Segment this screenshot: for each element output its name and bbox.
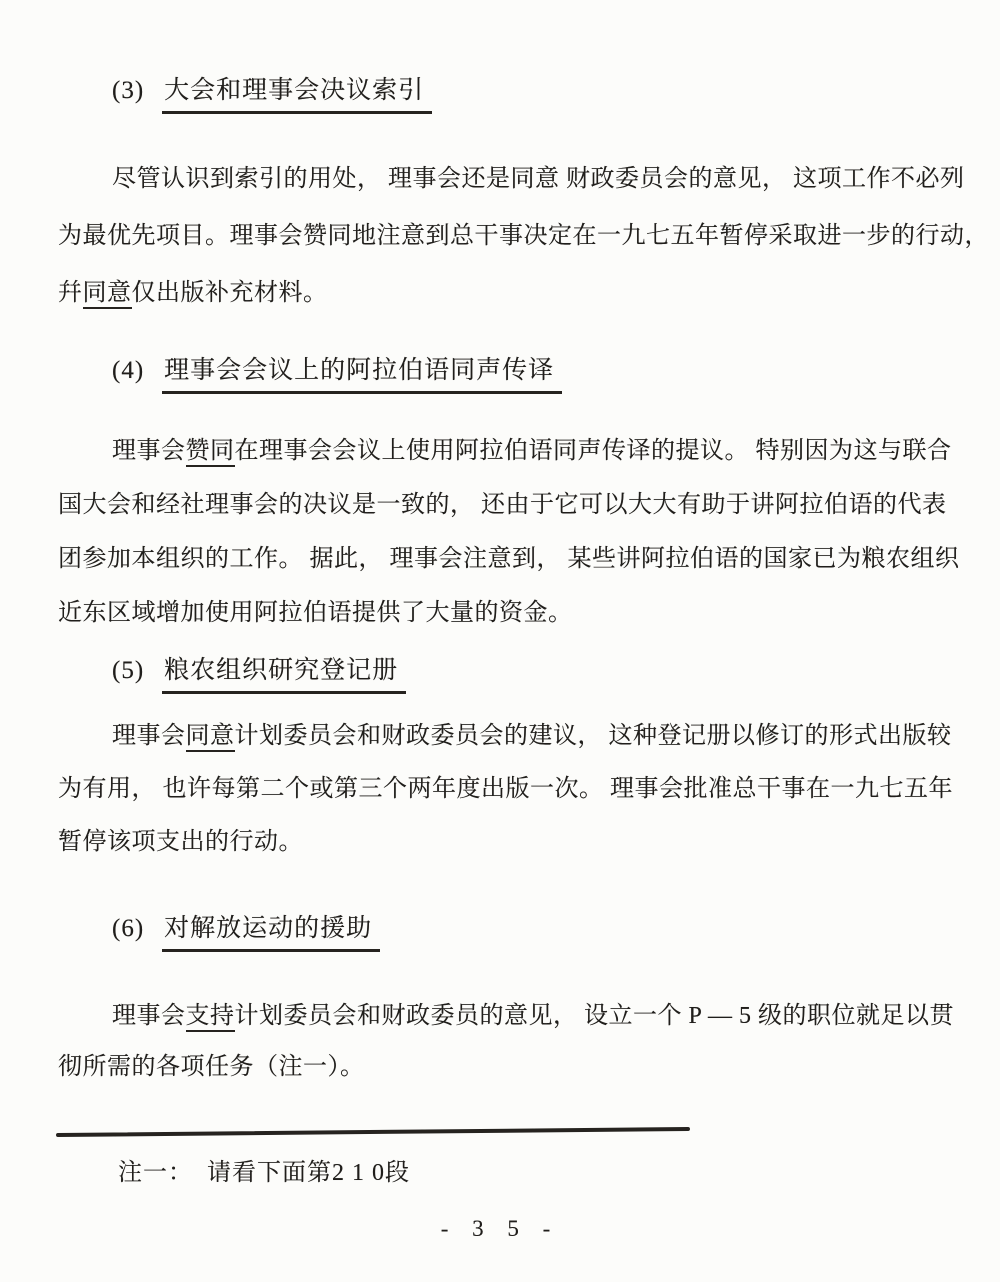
text-segment: 理事会: [112, 723, 186, 749]
section-title: 粮农组织研究登记册: [162, 650, 406, 694]
paragraph-line: 幷同意仅出版补充材料。: [58, 272, 968, 329]
text-segment: 团参加本组织的工作。 据此， 理事会注意到， 某些讲阿拉伯语的国家已为粮农组织: [58, 546, 960, 572]
paragraph-line: 彻所需的各项任务（注一）。: [58, 1046, 968, 1097]
paragraph-line: 团参加本组织的工作。 据此， 理事会注意到， 某些讲阿拉伯语的国家已为粮农组织: [58, 538, 968, 592]
footnote-text: 请看下面第2 1 0段: [207, 1160, 410, 1186]
section-paragraph: 理事会同意计划委员会和财政委员会的建议， 这种登记册以修订的形式出版较为有用， …: [58, 715, 968, 874]
underlined-term: 支持: [186, 1003, 235, 1032]
section-paragraph: 理事会支持计划委员会和财政委员的意见， 设立一个 P — 5 级的职位就足以贯彻…: [58, 995, 968, 1097]
scanned-document-page: (3)大会和理事会决议索引尽管认识到索引的用处， 理事会还是同意 财政委员会的意…: [0, 0, 1000, 1282]
text-segment: 为有用， 也许每第二个或第三个两年度出版一次。 理事会批准总干事在一九七五年: [58, 776, 953, 802]
section-heading: (3)大会和理事会决议索引: [112, 70, 432, 114]
section-title: 大会和理事会决议索引: [162, 70, 432, 114]
section-heading: (4)理事会会议上的阿拉伯语同声传译: [112, 350, 562, 394]
underlined-term: 同意: [83, 280, 132, 309]
section-number: (3): [112, 77, 144, 105]
footnote: 注一：请看下面第2 1 0段: [118, 1152, 410, 1187]
paragraph-line: 尽管认识到索引的用处， 理事会还是同意 财政委员会的意见， 这项工作不必列: [58, 158, 968, 215]
section-heading: (5)粮农组织研究登记册: [112, 650, 406, 694]
section-title: 对解放运动的援助: [162, 908, 380, 952]
section-number: (4): [112, 357, 144, 385]
paragraph-line: 理事会同意计划委员会和财政委员会的建议， 这种登记册以修订的形式出版较: [58, 715, 968, 768]
section-number: (5): [112, 657, 144, 685]
section-paragraph: 尽管认识到索引的用处， 理事会还是同意 财政委员会的意见， 这项工作不必列为最优…: [58, 158, 968, 329]
text-segment: 暂停该项支出的行动。: [58, 829, 303, 855]
text-segment: 计划委员会和财政委员的意见， 设立一个 P — 5 级的职位就足以贯: [235, 1003, 954, 1029]
text-segment: 彻所需的各项任务（注一）。: [58, 1054, 365, 1080]
text-segment: 理事会: [112, 1003, 186, 1029]
text-segment: 仅出版补充材料。: [132, 280, 328, 306]
paragraph-line: 为最优先项目。理事会赞同地注意到总干事决定在一九七五年暂停采取进一步的行动，: [58, 215, 968, 272]
text-segment: 理事会: [112, 438, 186, 464]
text-segment: 尽管认识到索引的用处， 理事会还是同意 财政委员会的意见， 这项工作不必列: [112, 166, 965, 192]
section-number: (6): [112, 915, 144, 943]
paragraph-line: 近东区域增加使用阿拉伯语提供了大量的资金。: [58, 592, 968, 646]
underlined-term: 同意: [186, 723, 235, 752]
paragraph-line: 为有用， 也许每第二个或第三个两年度出版一次。 理事会批准总干事在一九七五年: [58, 768, 968, 821]
text-segment: 近东区域增加使用阿拉伯语提供了大量的资金。: [58, 600, 573, 626]
paragraph-line: 暂停该项支出的行动。: [58, 821, 968, 874]
text-segment: 在理事会会议上使用阿拉伯语同声传译的提议。 特别因为这与联合: [235, 438, 952, 464]
section-heading: (6)对解放运动的援助: [112, 908, 380, 952]
page-number: - 3 5 -: [380, 1216, 620, 1242]
text-segment: 计划委员会和财政委员会的建议， 这种登记册以修订的形式出版较: [235, 723, 952, 749]
footnote-label: 注一：: [118, 1160, 193, 1186]
section-paragraph: 理事会赞同在理事会会议上使用阿拉伯语同声传译的提议。 特别因为这与联合国大会和经…: [58, 430, 968, 646]
text-segment: 幷: [58, 280, 83, 306]
text-segment: 国大会和经社理事会的决议是一致的， 还由于它可以大大有助于讲阿拉伯语的代表: [58, 492, 947, 518]
paragraph-line: 理事会支持计划委员会和财政委员的意见， 设立一个 P — 5 级的职位就足以贯: [58, 995, 968, 1046]
text-segment: 为最优先项目。理事会赞同地注意到总干事决定在一九七五年暂停采取进一步的行动，: [58, 223, 989, 249]
paragraph-line: 理事会赞同在理事会会议上使用阿拉伯语同声传译的提议。 特别因为这与联合: [58, 430, 968, 484]
footnote-divider: [56, 1127, 690, 1137]
paragraph-line: 国大会和经社理事会的决议是一致的， 还由于它可以大大有助于讲阿拉伯语的代表: [58, 484, 968, 538]
section-title: 理事会会议上的阿拉伯语同声传译: [162, 350, 562, 394]
underlined-term: 赞同: [186, 438, 235, 467]
